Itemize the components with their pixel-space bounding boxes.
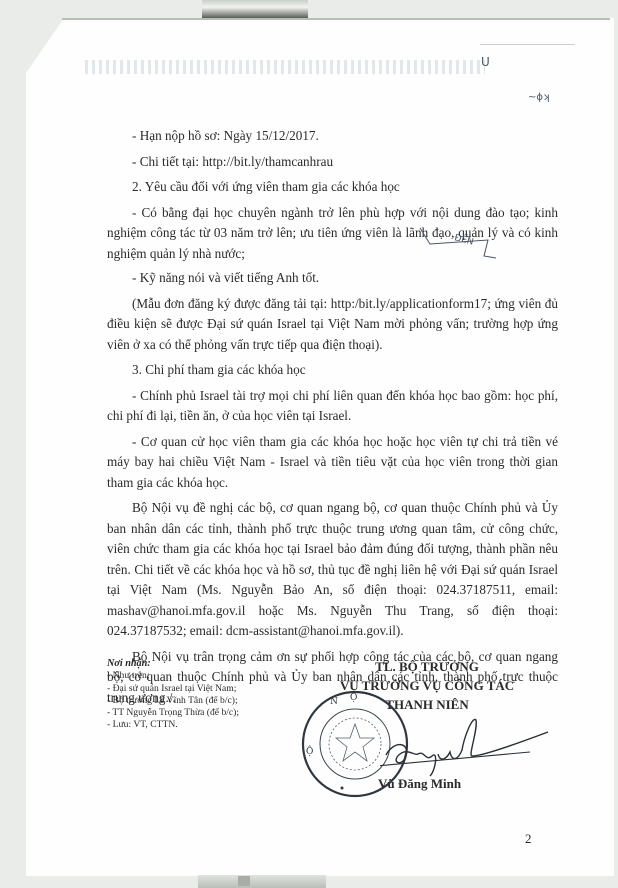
handwritten-signature-icon	[380, 710, 550, 780]
recipient-item: - Đại sứ quán Israel tại Việt Nam;	[107, 683, 297, 695]
page-number: 2	[525, 831, 532, 847]
signature-title-1: TL. BỘ TRƯỞNG	[302, 657, 552, 676]
handwritten-scribble: ~ɸʞ	[528, 92, 550, 103]
section-2-heading: 2. Yêu cầu đối với ứng viên tham gia các…	[107, 177, 558, 198]
cost-government: - Chính phủ Israel tài trợ mọi chi phí l…	[107, 386, 558, 427]
request-paragraph: Bộ Nội vụ đề nghị các bộ, cơ quan ngang …	[107, 498, 558, 642]
scanner-edge-top	[202, 0, 308, 18]
svg-text:ĐẾN: ĐẾN	[453, 231, 475, 247]
recipient-item: - TT Nguyễn Trọng Thừa (để b/c);	[107, 707, 297, 719]
recipient-item: - Bộ trưởng Lê Vĩnh Tân (để b/c);	[107, 695, 297, 707]
received-stamp-icon: ĐẾN	[418, 218, 498, 260]
faded-rule	[480, 44, 575, 45]
section-3-heading: 3. Chi phí tham gia các khóa học	[107, 360, 558, 381]
handwritten-mark: U	[481, 55, 490, 69]
recipient-item: - Lưu: VT, CTTN.	[107, 719, 297, 731]
svg-text:N: N	[330, 697, 338, 707]
deadline-line: - Hạn nộp hồ sơ: Ngày 15/12/2017.	[107, 126, 558, 147]
svg-text:Ộ: Ộ	[306, 745, 313, 757]
svg-text:Ộ: Ộ	[350, 691, 357, 703]
cost-agency: - Cơ quan cử học viên tham gia các khóa …	[107, 432, 558, 494]
scanner-glyph	[238, 876, 250, 886]
page-edge	[62, 18, 610, 20]
recipients-list: Nơi nhận: - Như trên; - Đại sứ quán Isra…	[107, 658, 297, 732]
requirement-english: - Kỹ năng nói và viết tiếng Anh tốt.	[107, 268, 558, 289]
recipients-title: Nơi nhận:	[107, 658, 297, 670]
recipient-item: - Như trên;	[107, 670, 297, 682]
details-line: - Chi tiết tại: http://bit.ly/thamcanhra…	[107, 152, 558, 173]
faded-header-bleedthrough	[85, 60, 485, 74]
application-form-note: (Mẫu đơn đăng ký được đăng tải tại: http…	[107, 294, 558, 356]
signer-name: Vũ Đăng Minh	[378, 776, 461, 792]
body-text: - Hạn nộp hồ sơ: Ngày 15/12/2017. - Chi …	[107, 126, 558, 708]
scanner-edge-bottom	[198, 875, 326, 888]
